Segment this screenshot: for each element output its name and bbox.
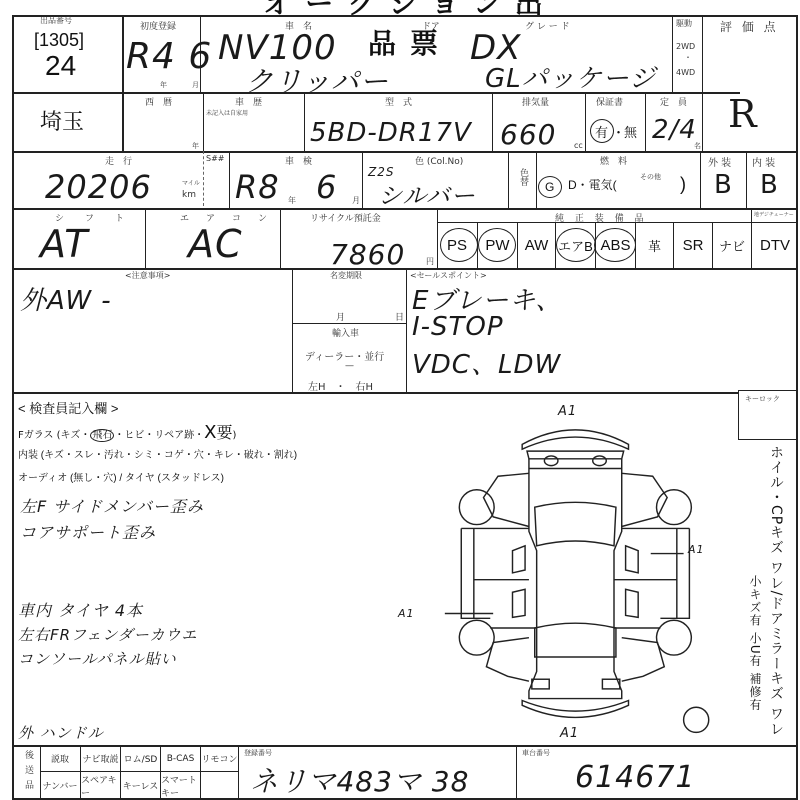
exterior-label: 外 装 [708,154,731,169]
score-label: 評 価 点 [720,18,779,35]
warranty-yes: 有 [595,122,608,141]
color-change-label: 色替 [517,168,530,186]
western-year-suffix: 年 [192,141,199,151]
inspector-note-2: コアサポート歪み [20,520,156,543]
name-change-month: 月 [336,310,345,323]
model-value: 5BD-DR17V [310,118,472,148]
equipment-ps-circle [440,228,478,262]
drive-4wd: 4WD [676,68,695,77]
divider [203,92,204,151]
divider [516,745,517,800]
divider [362,151,363,208]
import-label: 輸入車 [332,326,359,339]
car-name-line2: クリッパー [245,60,389,100]
capacity-label: 定 員 [660,95,687,108]
first-registration-label: 初度登録 [140,19,176,32]
glass-x-mark: X [204,422,216,443]
accessory-manual: 説取 [40,746,80,771]
registration-label: 登録番号 [244,748,272,758]
name-change-label: 名変期限 [330,270,362,281]
inspection-month-suffix: 月 [352,195,360,206]
accessory-keyless: キーレス [120,772,160,799]
fuel-options: D・電気( [568,176,617,193]
s-label: S## [206,154,224,163]
inspection-month: 6 [316,168,337,206]
glass-need: 要 [217,423,233,442]
displacement-value: 660 [500,118,556,151]
tuner-label: 地デジチューナー [754,211,794,218]
damage-mark-right: A1 [688,543,705,556]
chassis-number-label: 車台番号 [522,748,550,758]
divider [508,151,509,208]
inspector-note-5: 左右FRフェンダーカウエ [18,624,197,645]
divider [229,151,230,208]
car-damage-diagram [440,400,730,740]
inspector-title: < 検査員記入欄 > [18,398,118,417]
region: 埼玉 [40,105,84,136]
divider [672,15,673,92]
lot-number: 24 [45,50,76,82]
chassis-history-note: 未記入は自家用 [206,108,248,117]
handle-label: 左H ・ 右H [308,378,373,393]
damage-mark-rear: A1 [560,726,579,741]
interior-label: 内 装 [752,154,775,169]
capacity-value: 2/4 [652,115,697,145]
exterior-value: B [714,170,733,200]
warranty-no: 無 [624,122,637,141]
accessory-number-plate: ナンバー [40,772,80,799]
divider [304,92,305,151]
registration-value: ネリマ483マ 38 [250,760,469,800]
divider [406,268,407,392]
grade-label: グ レ ー ド [525,19,570,32]
divider [238,745,239,800]
inspection-year: R8 [235,168,280,206]
chassis-number-value: 614671 [575,760,696,795]
shift-value: AT [40,222,88,266]
inspection-year-suffix: 年 [288,195,296,206]
month-suffix: 月 [192,80,199,90]
equipment-sunroof: SR [673,222,712,268]
divider [122,15,124,151]
keylock-label: キーロック [745,394,780,404]
glass-rest: ・ヒビ・リペア跡・ [114,430,204,441]
grade-line2: GLパッケージ [485,58,656,95]
accessories-label: 後送品 [22,750,35,795]
model-label: 型 式 [385,95,412,108]
inspector-note-8: 外 ハンドル [18,722,104,743]
audio-tire-line: オーディオ (無し・穴) / タイヤ (スタッドレス) [18,469,224,484]
accessory-smart-key: スマートキー [160,772,200,799]
divider [292,323,406,324]
inspection-label: 車 検 [285,154,312,167]
score-value: R [728,92,758,136]
divider [645,92,646,151]
fuel-close: ) [680,174,686,195]
recycle-value: 7860 [330,238,405,271]
accessory-navi-manual: ナビ取説 [80,746,120,771]
divider [536,151,537,208]
drive-label: 駆動 [676,18,692,29]
damage-mark-front: A1 [558,404,577,419]
damage-mark-left: A1 [398,607,415,620]
western-year-label: 西 暦 [145,95,172,108]
equipment-aw: AW [517,222,555,268]
glass-close: ) [233,430,237,441]
name-change-day: 日 [395,310,404,323]
divider [492,92,493,151]
mileage-label: 走 行 [105,154,132,167]
glass-circled-option: 飛石 [90,429,114,442]
km-unit: km [182,190,196,200]
divider [700,151,701,208]
accessory-empty [200,772,238,799]
drive-2wd: 2WD [676,42,695,51]
sales-point-3: VDC、LDW [412,344,561,381]
divider [585,92,586,151]
sales-point-2: I-STOP [412,312,504,342]
fuel-other-label: その他 [640,172,661,182]
accessory-remote: リモコン [200,746,238,771]
color-label: 色 (Col.No) [415,154,463,167]
dealer-dash: — [345,361,354,371]
mileage-value: 20206 [45,168,152,206]
equipment-navi: ナビ [712,222,751,268]
divider [145,208,146,268]
glass-line: Fガラス (キズ・飛石・ヒビ・リペア跡・X要) [18,420,236,443]
recycle-unit: 円 [426,256,434,267]
interior-condition-line: 内装 (キズ・スレ・汚れ・シミ・コゲ・穴・キレ・破れ・割れ) [18,446,297,461]
divider [292,268,293,392]
fuel-label: 燃 料 [600,154,627,167]
color-name: シルバー [378,176,476,211]
capacity-unit: 名 [694,141,701,151]
fuel-gas: G [545,180,554,194]
wheel-mirror-notes: ホイル・CPキズ ワレ/ドアミラーキズ ワレ [766,445,786,745]
damage-level-notes: 小キズ有 小U有 補修有 [747,575,764,735]
chassis-history-label: 車 歴 [235,95,262,108]
caution-value: 外AW - [20,280,112,317]
year-suffix: 年 [160,80,167,90]
warranty-label: 保証書 [596,95,623,108]
lot-code: [1305] [34,30,84,51]
divider [746,151,747,208]
recycle-label: リサイクル預託金 [310,211,381,224]
equipment-dtv: DTV [751,222,798,268]
caution-label: <注意事項> [125,270,170,281]
interior-value: B [760,170,779,200]
mile-unit: マイル [182,178,200,187]
lot-label: 出品番号 [40,15,72,26]
displacement-label: 排気量 [522,95,549,108]
equipment-pw-circle [478,228,516,262]
divider [12,392,738,394]
divider [12,151,798,153]
equipment-airbag-circle [556,228,596,262]
first-registration-value: R4 6 [126,36,212,77]
equipment-abs-circle [594,228,636,262]
glass-prefix: Fガラス (キズ・ [18,430,90,441]
aircon-value: AC [188,222,243,266]
door-label: ドア [422,19,440,32]
divider [280,208,281,268]
displacement-unit: cc [574,141,583,150]
accessory-rom-sd: ロム/SD [120,746,160,771]
accessory-bcas: B-CAS [160,746,200,771]
drive-dot: ・ [684,52,692,63]
accessory-spare-key: スペアキー [80,772,120,799]
inspector-note-1: 左F サイドメンバー歪み [20,494,204,517]
inspector-note-4: 車内 タイヤ 4本 [18,598,143,621]
equipment-leather: 革 [635,222,673,268]
divider [203,151,204,206]
inspector-note-6: コンソールパネル貼い [18,648,177,669]
divider [702,15,703,151]
